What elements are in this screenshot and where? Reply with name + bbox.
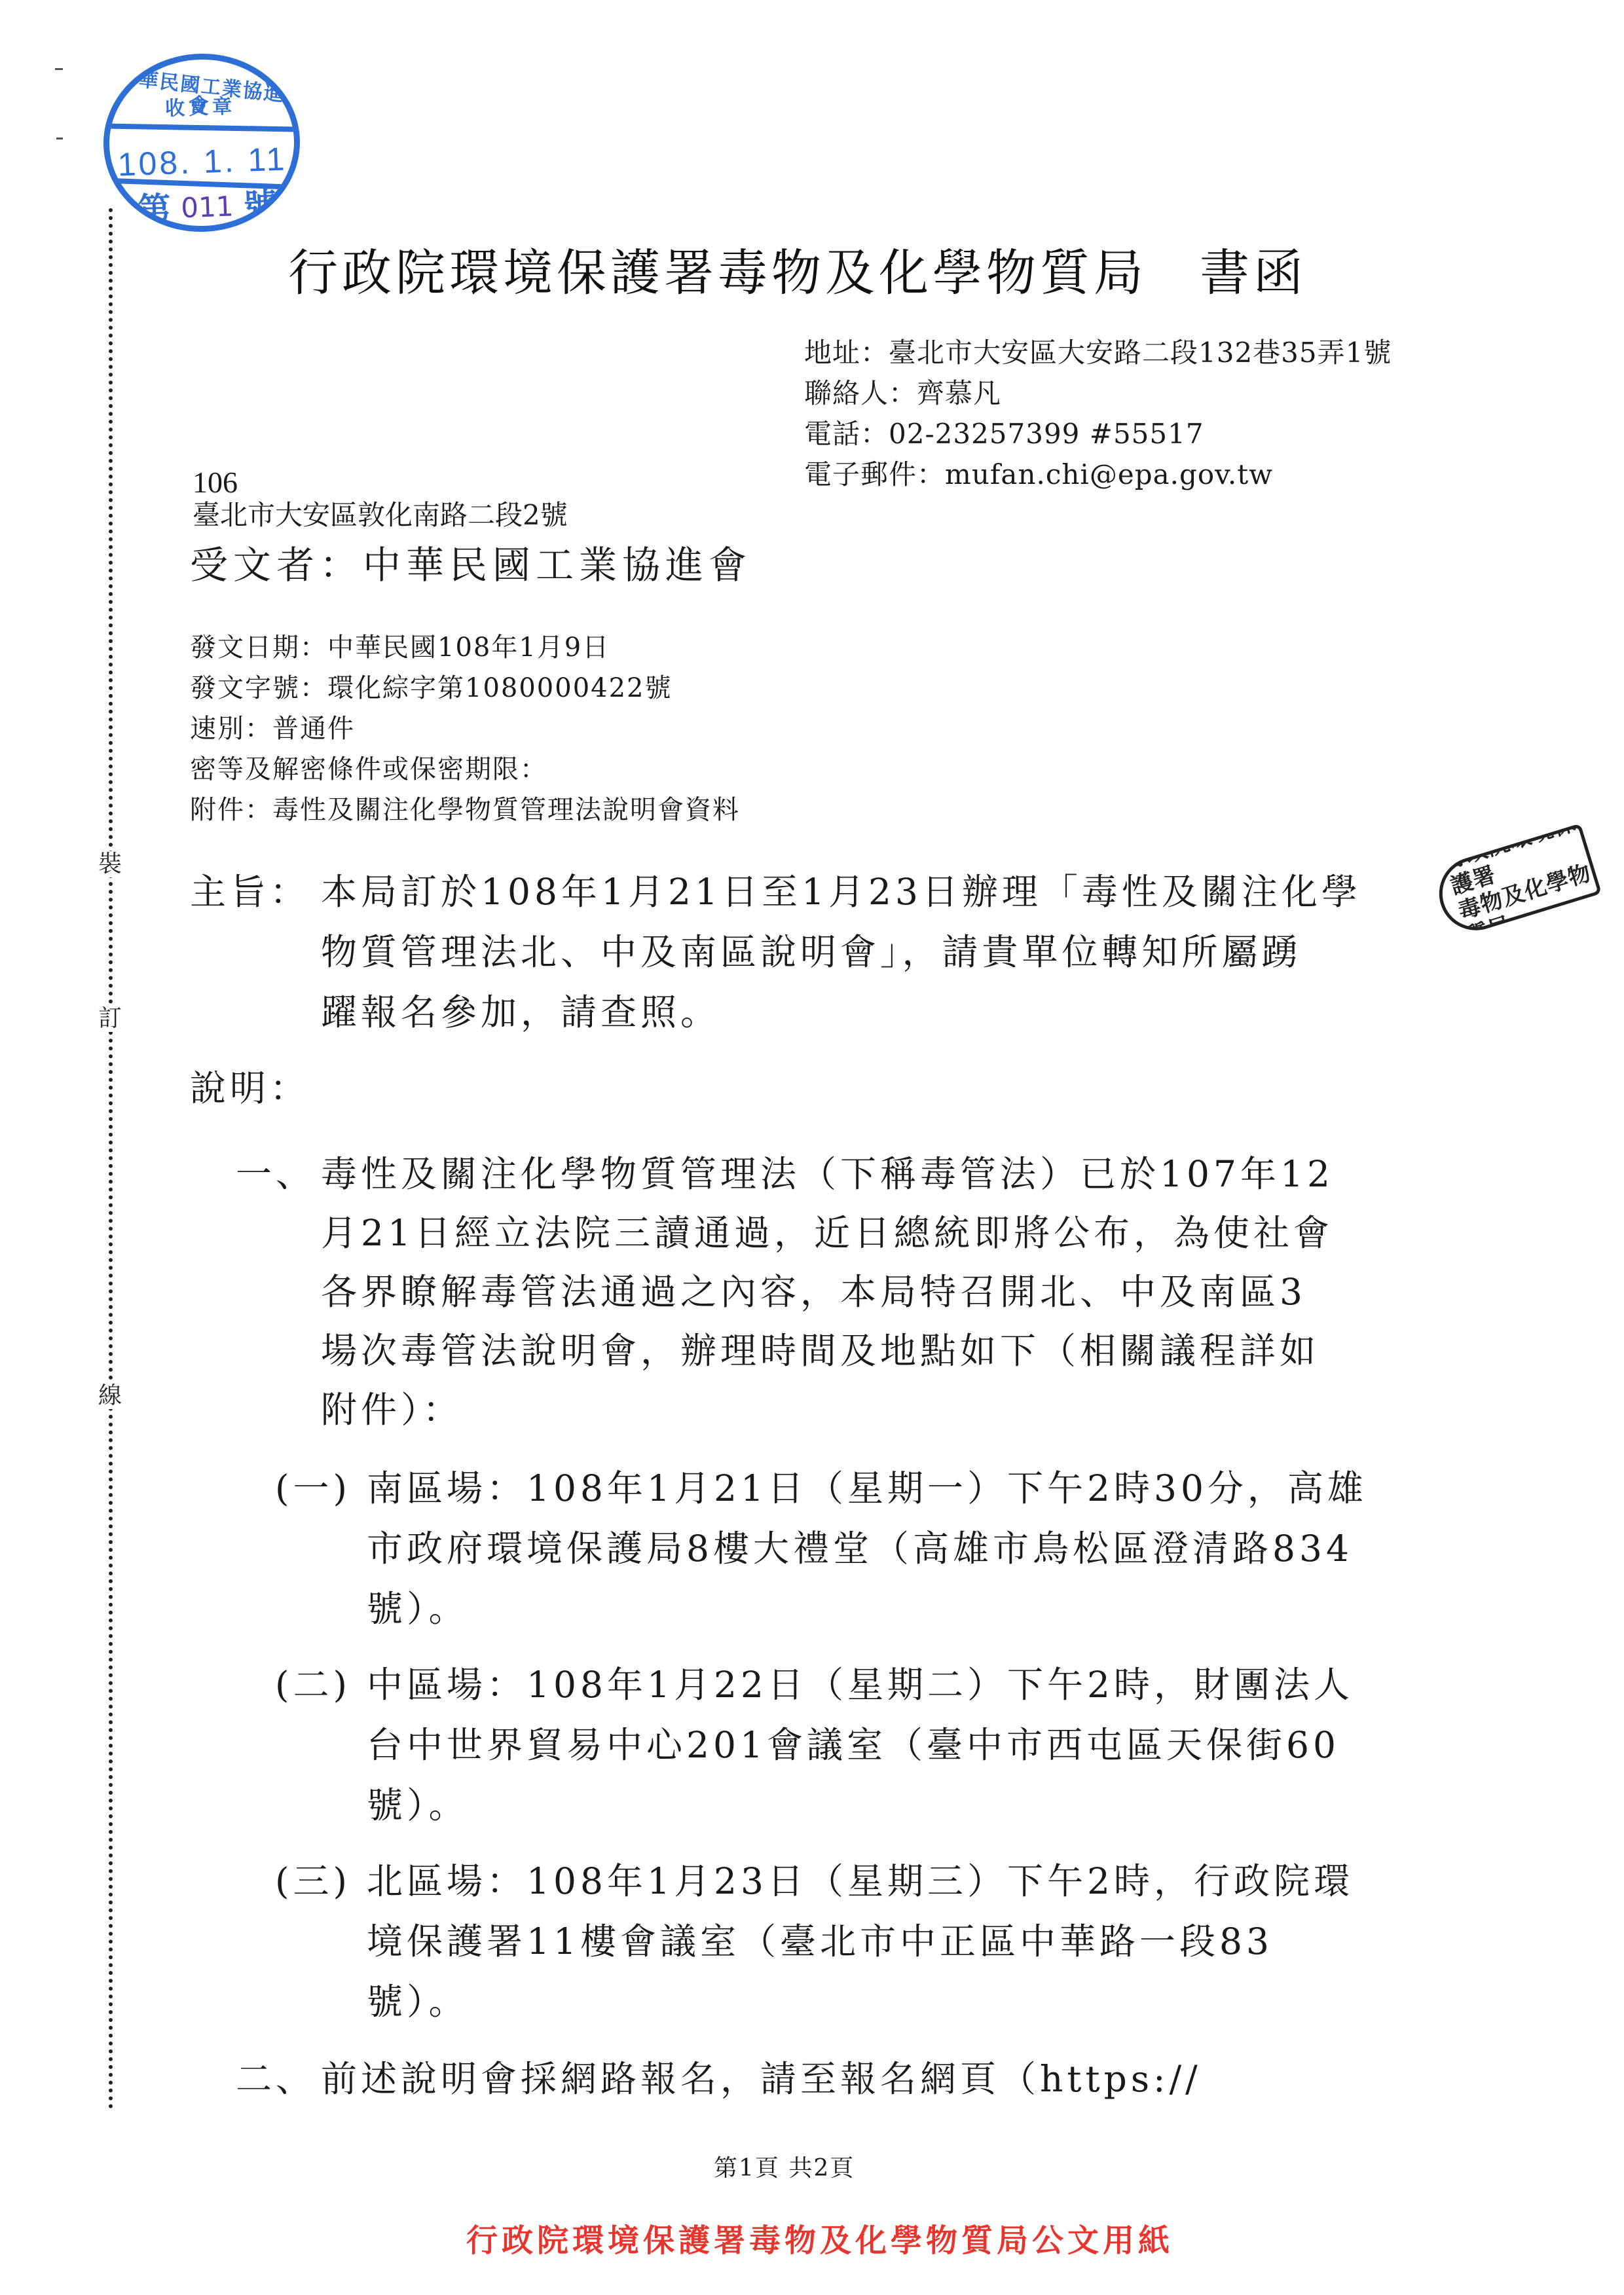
contact-address: 地址：臺北市大安區大安路二段132巷35弄1號 <box>804 337 1392 369</box>
recipient-postal-code: 106 <box>193 466 238 499</box>
stamp-handwritten-number: 011 <box>180 188 234 227</box>
item-line: 毒性及關注化學物質管理法（下稱毒管法）已於107年12 <box>321 1151 1334 1197</box>
document-number: 發文字號：環化綜字第1080000422號 <box>190 672 673 705</box>
stamp-number-suffix: 號 <box>243 187 277 225</box>
binding-label-xian: 線 <box>98 1383 122 1409</box>
subitem-marker: (一) <box>275 1465 351 1511</box>
contact-email: 電子郵件：mufan.chi@epa.gov.tw <box>804 458 1273 491</box>
item-line: 附件）： <box>321 1387 463 1433</box>
document-type: 書函 <box>1200 244 1307 302</box>
subitem-line: 號）。 <box>367 1586 469 1632</box>
document-title: 行政院環境保護署毒物及化學物質局書函 <box>288 244 1307 303</box>
subitem-line: 號）。 <box>367 1979 469 2025</box>
subject-line: 本局訂於108年1月21日至1月23日辦理「毒性及關注化學 <box>321 869 1361 915</box>
letterhead-footer: 行政院環境保護署毒物及化學物質局公文用紙 <box>466 2221 1173 2260</box>
recipient: 受文者：中華民國工業協進會 <box>190 542 752 588</box>
subitem-line: 中區場：108年1月22日（星期二）下午2時，財團法人 <box>367 1662 1354 1708</box>
issuer-name: 行政院環境保護署毒物及化學物質局 <box>288 244 1147 302</box>
contact-person: 聯絡人：齊慕凡 <box>804 377 1001 410</box>
subitem-line: 台中世界貿易中心201會議室（臺中市西屯區天保街60 <box>367 1722 1340 1768</box>
scan-mark <box>55 68 63 70</box>
stamp-divider <box>102 123 300 132</box>
subitem-line: 南區場：108年1月21日（星期一）下午2時30分，高雄 <box>367 1465 1367 1511</box>
stamp-number-row: 第 011 號 <box>138 187 278 228</box>
official-seal: 行政院環境保護署 毒物及化學物質局 <box>1430 823 1602 939</box>
stamp-number-prefix: 第 <box>138 191 172 229</box>
item-line: 場次毒管法說明會，辦理時間及地點如下（相關議程詳如 <box>321 1328 1319 1374</box>
subitem-marker: (二) <box>275 1662 351 1708</box>
binding-label-zhuang: 裝 <box>98 851 122 877</box>
receipt-stamp: 中華民國工業協進會 收文章 108. 1. 11 第 011 號 <box>100 50 303 235</box>
subitem-line: 號）。 <box>367 1782 469 1828</box>
item-line: 各界瞭解毒管法通過之內容，本局特召開北、中及南區3 <box>321 1269 1306 1315</box>
issue-date: 發文日期：中華民國108年1月9日 <box>190 631 610 664</box>
scan-mark <box>56 138 63 139</box>
secrecy-level: 密等及解密條件或保密期限： <box>190 753 547 786</box>
binding-dotted-line <box>109 208 113 2110</box>
attachment: 附件：毒性及關注化學物質管理法說明會資料 <box>190 794 740 826</box>
stamp-date: 108. 1. 11 <box>109 141 295 182</box>
item-marker: 二、 <box>236 2056 316 2102</box>
subject-line: 躍報名參加，請查照。 <box>321 989 720 1035</box>
subject-label: 主旨： <box>190 869 310 915</box>
binding-label-ding: 訂 <box>98 1006 122 1032</box>
page-indicator: 第1頁 共2頁 <box>714 2154 855 2183</box>
item-line: 前述說明會採網路報名，請至報名網頁（https:// <box>321 2056 1202 2102</box>
item-line: 月21日經立法院三讀通過，近日總統即將公布，為使社會 <box>321 1210 1333 1256</box>
subitem-marker: (三) <box>275 1858 351 1904</box>
contact-phone: 電話：02-23257399 #55517 <box>804 418 1204 450</box>
subitem-line: 市政府環境保護局8樓大禮堂（高雄市鳥松區澄清路834 <box>367 1526 1353 1571</box>
subject-line: 物質管理法北、中及南區說明會」，請貴單位轉知所屬踴 <box>321 929 1302 975</box>
subitem-line: 境保護署11樓會議室（臺北市中正區中華路一段83 <box>367 1919 1273 1964</box>
explanation-label: 說明： <box>190 1065 310 1111</box>
urgency: 速別：普通件 <box>190 712 355 745</box>
subitem-line: 北區場：108年1月23日（星期三）下午2時，行政院環 <box>367 1858 1354 1904</box>
item-marker: 一、 <box>236 1151 316 1197</box>
recipient-street-address: 臺北市大安區敦化南路二段2號 <box>193 499 568 532</box>
